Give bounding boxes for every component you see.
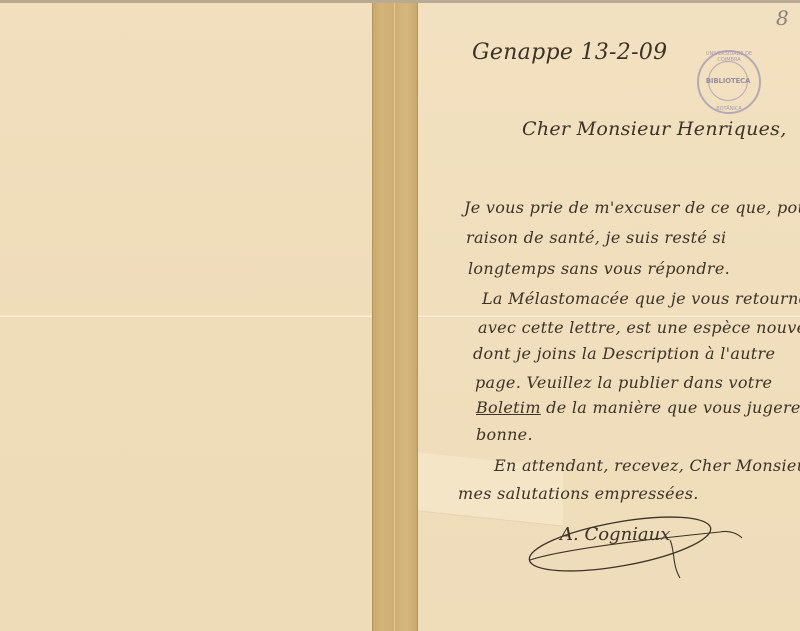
signature: A. Cogniaux: [520, 510, 720, 570]
place-date: Genappe 13-2-09: [472, 40, 667, 65]
body-line: longtemps sans vous répondre.: [468, 259, 730, 278]
body-line: Boletim de la manière que vous jugerez: [476, 398, 800, 417]
body-line: La Mélastomacée que je vous retourne: [482, 289, 800, 308]
stamp-center-text: BIBLIOTECA: [706, 77, 750, 85]
salutation: Cher Monsieur Henriques,: [522, 118, 787, 140]
body-line: page. Veuillez la publier dans votre: [475, 373, 772, 392]
body-line: mes salutations empressées.: [458, 484, 699, 503]
stamp-bottom-text: BOTÂNICA: [699, 106, 759, 112]
signature-flourish-icon: [520, 510, 750, 590]
library-stamp-icon: UNIVERSIDADE DE COIMBRA BIBLIOTECA BOTÂN…: [697, 50, 761, 114]
page-number: 8: [776, 6, 789, 30]
stamp-inner-ring: BIBLIOTECA: [708, 61, 748, 101]
body-line: dont je joins la Description à l'autre: [473, 344, 775, 363]
body-line: avec cette lettre, est une espèce nouvel…: [478, 318, 800, 337]
body-line: bonne.: [476, 425, 533, 444]
tape-strip-spine: [372, 3, 418, 631]
signature-text: A. Cogniaux: [560, 524, 670, 545]
underlined-word: Boletim: [476, 398, 541, 417]
body-line: raison de santé, je suis resté si: [466, 228, 726, 247]
body-line: En attendant, recevez, Cher Monsieur,: [494, 456, 800, 475]
body-line: Je vous prie de m'excuser de ce que, pou…: [464, 198, 800, 217]
